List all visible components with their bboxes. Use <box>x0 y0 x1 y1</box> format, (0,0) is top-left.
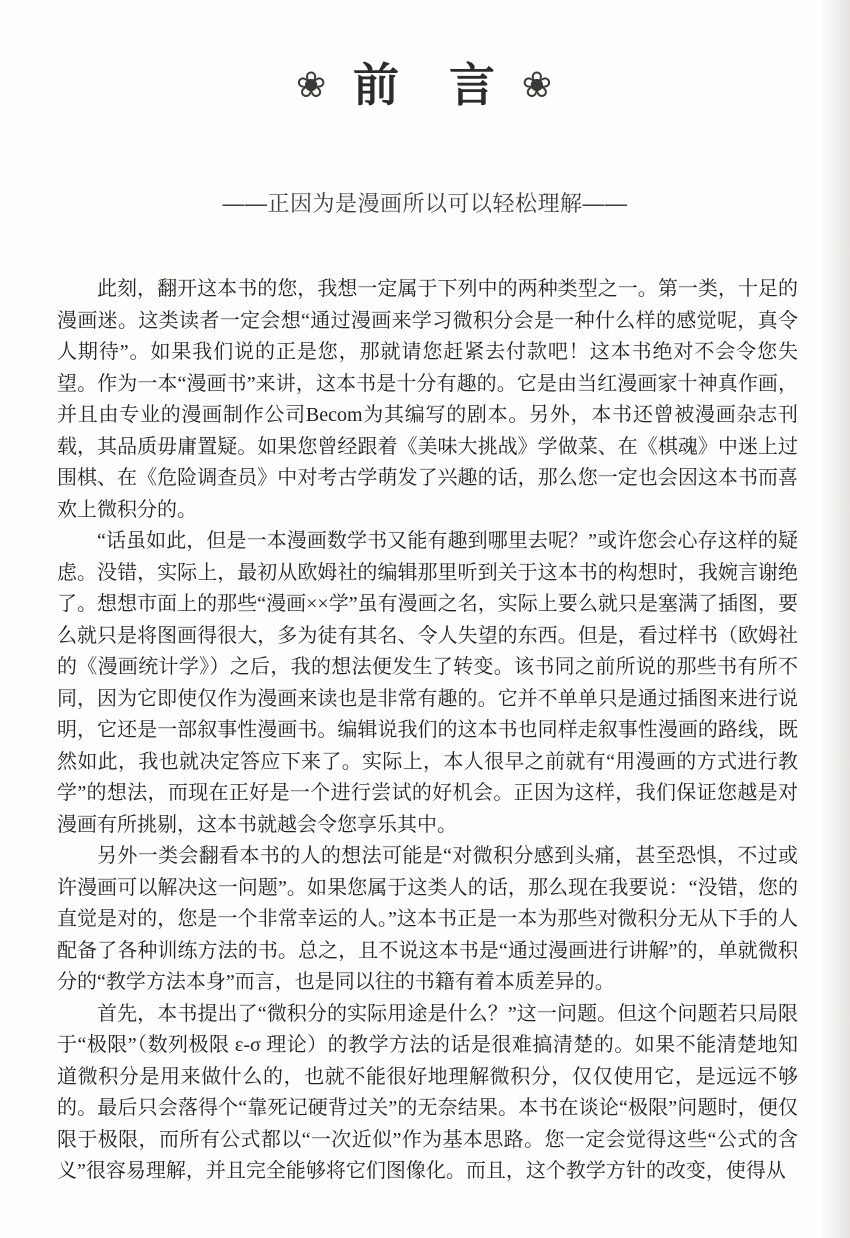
preface-paragraph: 另外一类会翻看本书的人的想法可能是“对微积分感到头痛，甚至恐惧，不过或许漫画可以… <box>57 841 798 999</box>
preface-paragraph: “话虽如此，但是一本漫画数学书又能有趣到哪里去呢？”或许您会心存这样的疑虑。没错… <box>57 526 798 841</box>
page-subtitle: ——正因为是漫画所以可以轻松理解—— <box>0 187 850 218</box>
preface-body: 此刻，翻开这本书的您，我想一定属于下列中的两种类型之一。第一类，十足的漫画迷。这… <box>57 274 798 1188</box>
page-title: ❀ 前 言 ❀ <box>0 0 850 113</box>
preface-paragraph: 首先，本书提出了“微积分的实际用途是什么？”这一问题。但这个问题若只局限于“极限… <box>57 999 798 1188</box>
book-page: ❀ 前 言 ❀ ——正因为是漫画所以可以轻松理解—— 此刻，翻开这本书的您，我想… <box>0 0 850 1238</box>
florette-icon-right: ❀ <box>522 64 554 105</box>
preface-paragraph: 此刻，翻开这本书的您，我想一定属于下列中的两种类型之一。第一类，十足的漫画迷。这… <box>57 274 798 526</box>
page-title-text: 前 言 <box>353 59 497 111</box>
florette-icon-left: ❀ <box>296 64 328 105</box>
